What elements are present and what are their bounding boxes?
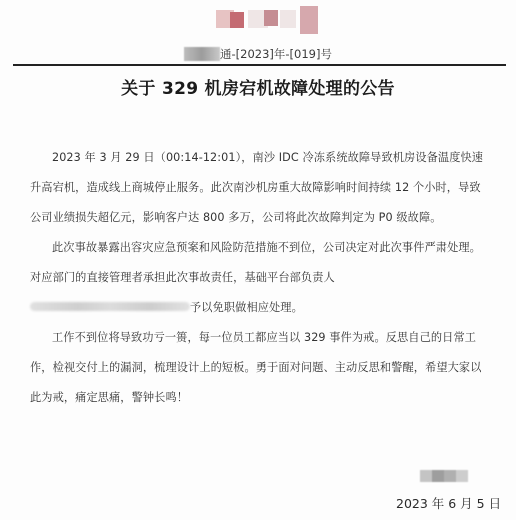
redacted-signature xyxy=(420,470,468,482)
header-divider xyxy=(13,64,506,66)
document-number: 通-[2023]年-[019]号 xyxy=(0,46,516,62)
document-page: 通-[2023]年-[019]号 关于 329 机房宕机故障处理的公告 2023… xyxy=(0,0,516,520)
paragraph-incident: 2023 年 3 月 29 日（00:14-12:01），南沙 IDC 冷冻系统… xyxy=(30,143,490,233)
red-seal-redacted-icon xyxy=(216,4,326,38)
redacted-name xyxy=(30,302,190,311)
page-title: 关于 329 机房宕机故障处理的公告 xyxy=(0,74,516,99)
redacted-prefix xyxy=(184,47,220,61)
paragraph-responsibility: 此次事故暴露出容灾应急预案和风险防范措施不到位，公司决定对此次事件严肃处理。对应… xyxy=(30,233,490,323)
document-date: 2023 年 6 月 5 日 xyxy=(396,494,501,512)
paragraph-warning: 工作不到位将导致功亏一篑，每一位员工都应当以 329 事件为戒。反思自己的日常工… xyxy=(30,323,490,413)
